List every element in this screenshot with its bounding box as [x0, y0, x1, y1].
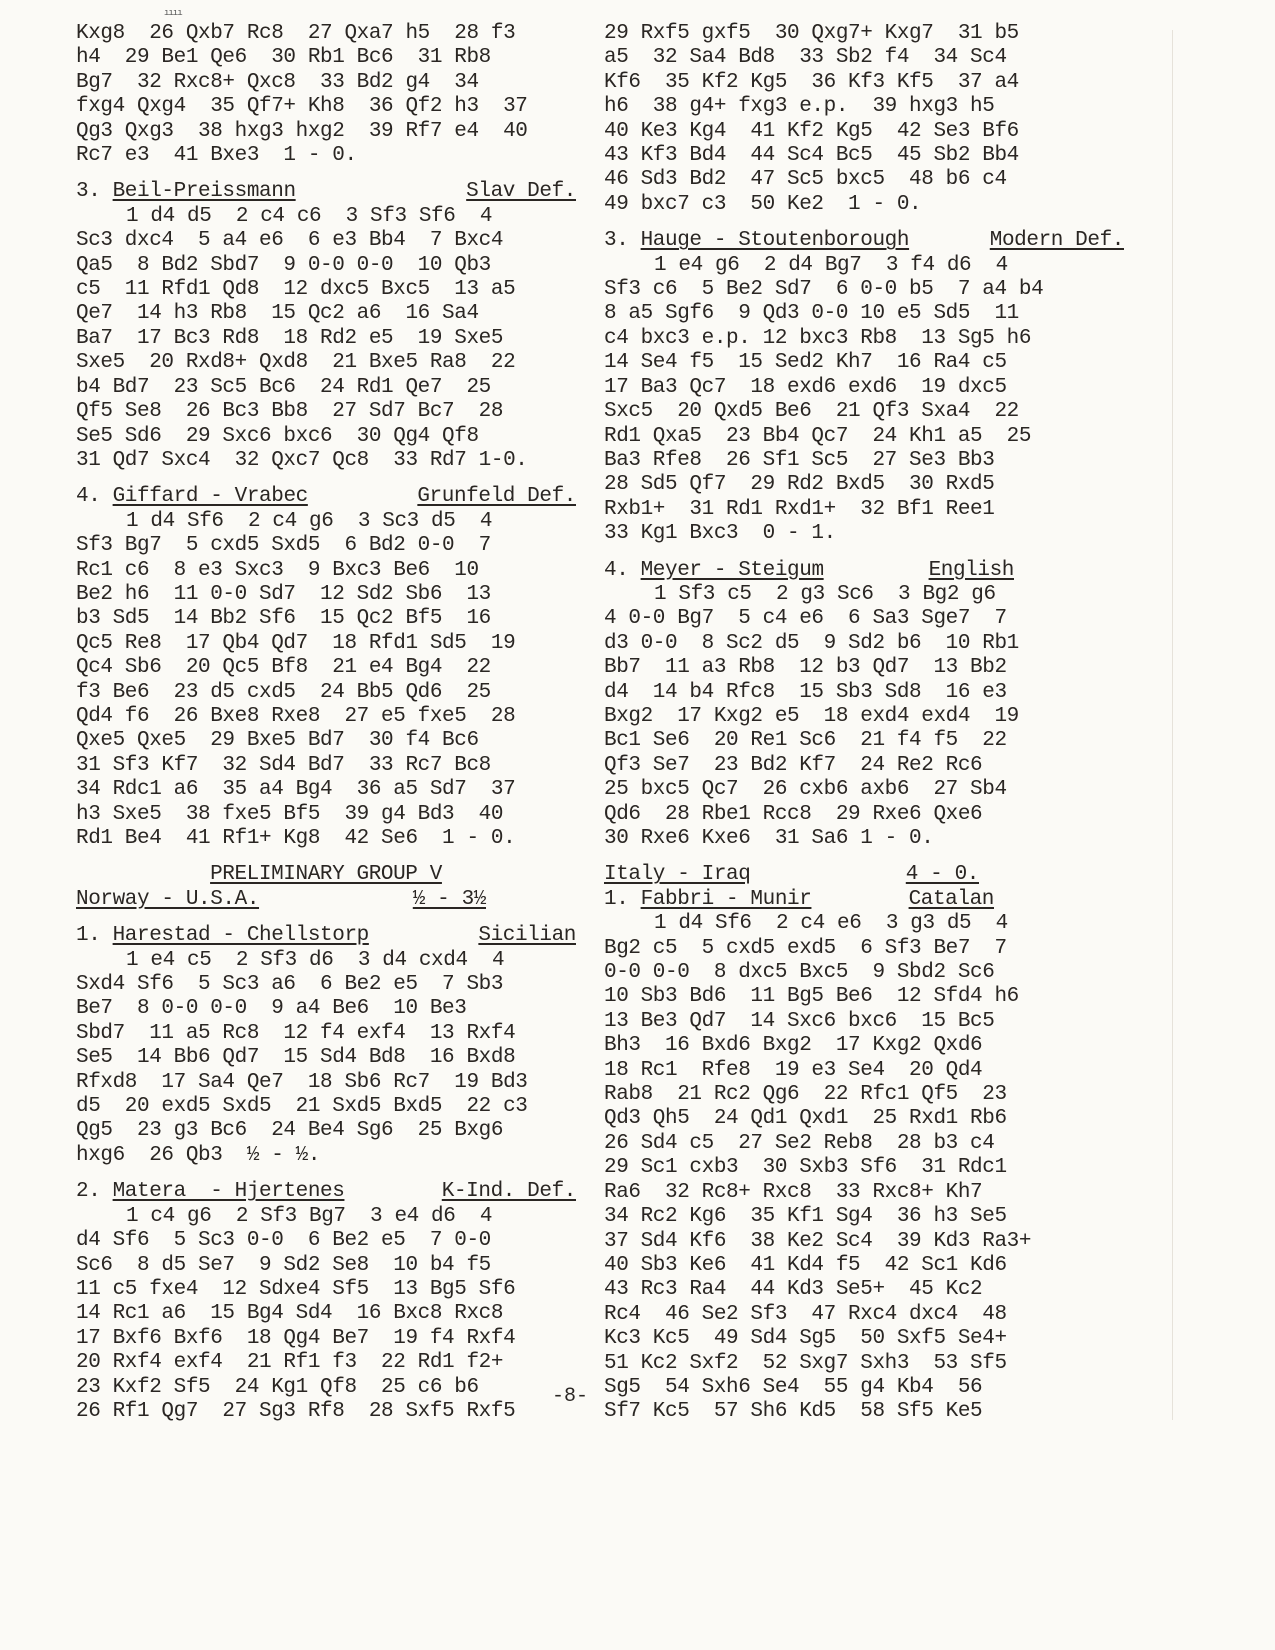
- move-line: Qa5 8 Bd2 Sbd7 9 0-0 0-0 10 Qb3: [76, 254, 576, 278]
- move-line: 13 Be3 Qd7 14 Sxc6 bxc6 15 Bc5: [604, 1010, 1124, 1034]
- move-line: h3 Sxe5 38 fxe5 Bf5 39 g4 Bd3 40: [76, 803, 576, 827]
- move-line: Kxg8 26 Qxb7 Rc8 27 Qxa7 h5 28 f3: [76, 22, 576, 46]
- game-first-line: 1 e4 c5 2 Sf3 d6 3 d4 cxd4 4: [76, 949, 576, 973]
- game-block-hauge-stoutenborough: 3. Hauge - Stoutenborough Modern Def. 1 …: [604, 229, 1124, 546]
- game-heading: 4. Meyer - Steigum English: [604, 559, 1124, 583]
- game-opening: K-Ind. Def.: [442, 1180, 576, 1204]
- move-line: b4 Bd7 23 Sc5 Bc6 24 Rd1 Qe7 25: [76, 376, 576, 400]
- move-line: 4 0-0 Bg7 5 c4 e6 6 Sa3 Sge7 7: [604, 607, 1124, 631]
- move-line: 17 Bxf6 Bxf6 18 Qg4 Be7 19 f4 Rxf4: [76, 1327, 576, 1351]
- move-line: 40 Ke3 Kg4 41 Kf2 Kg5 42 Se3 Bf6: [604, 120, 1124, 144]
- game-players: Giffard - Vrabec: [113, 485, 308, 509]
- game-number: 2.: [76, 1180, 100, 1204]
- game-players: Hauge - Stoutenborough: [641, 229, 909, 253]
- left-column: Kxg8 26 Qxb7 Rc8 27 Qxa7 h5 28 f3h4 29 B…: [76, 22, 576, 1424]
- move-line: c5 11 Rfd1 Qd8 12 dxc5 Bxc5 13 a5: [76, 278, 576, 302]
- move-line: Sf3 Bg7 5 cxd5 Sxd5 6 Bd2 0-0 7: [76, 534, 576, 558]
- move-line: 26 Sd4 c5 27 Se2 Reb8 28 b3 c4: [604, 1132, 1124, 1156]
- move-line: 31 Qd7 Sxc4 32 Qxc7 Qc8 33 Rd7 1-0.: [76, 449, 576, 473]
- game-first-line: 1 d4 d5 2 c4 c6 3 Sf3 Sf6 4: [76, 205, 576, 229]
- move-line: Bg7 32 Rxc8+ Qxc8 33 Bd2 g4 34: [76, 71, 576, 95]
- move-line: 14 Rc1 a6 15 Bg4 Sd4 16 Bxc8 Rxc8: [76, 1302, 576, 1326]
- margin-rule: [1172, 30, 1173, 1420]
- move-line: a5 32 Sa4 Bd8 33 Sb2 f4 34 Sc4: [604, 46, 1124, 70]
- move-line: Rd1 Qxa5 23 Bb4 Qc7 24 Kh1 a5 25: [604, 425, 1124, 449]
- move-line: Se5 14 Bb6 Qd7 15 Sd4 Bd8 16 Bxd8: [76, 1046, 576, 1070]
- game-continuation: Kxg8 26 Qxb7 Rc8 27 Qxa7 h5 28 f3h4 29 B…: [76, 22, 576, 168]
- move-line: 37 Sd4 Kf6 38 Ke2 Sc4 39 Kd3 Ra3+: [604, 1230, 1124, 1254]
- game-players: Beil-Preissmann: [113, 180, 296, 204]
- move-line: Sf3 c6 5 Be2 Sd7 6 0-0 b5 7 a4 b4: [604, 278, 1124, 302]
- game-moves: Sxd4 Sf6 5 Sc3 a6 6 Be2 e5 7 Sb3Be7 8 0-…: [76, 973, 576, 1168]
- game-first-line: 1 Sf3 c5 2 g3 Sc6 3 Bg2 g6: [604, 583, 1124, 607]
- move-line: 18 Rc1 Rfe8 19 e3 Se4 20 Qd4: [604, 1059, 1124, 1083]
- game-block-fabbri-munir: 1. Fabbri - Munir Catalan 1 d4 Sf6 2 c4 …: [604, 888, 1124, 1425]
- move-line: Qd4 f6 26 Bxe8 Rxe8 27 e5 fxe5 28: [76, 705, 576, 729]
- game-heading: 2. Matera - Hjertenes K-Ind. Def.: [76, 1180, 576, 1204]
- page-number: -8-: [552, 1385, 588, 1408]
- move-line: 10 Sb3 Bd6 11 Bg5 Be6 12 Sfd4 h6: [604, 985, 1124, 1009]
- move-line: 40 Sb3 Ke6 41 Kd4 f5 42 Sc1 Kd6: [604, 1254, 1124, 1278]
- move-line: Rxb1+ 31 Rd1 Rxd1+ 32 Bf1 Ree1: [604, 498, 1124, 522]
- game-moves: Bg2 c5 5 cxd5 exd5 6 Sf3 Be7 70-0 0-0 8 …: [604, 937, 1124, 1425]
- game-first-line: 1 d4 Sf6 2 c4 e6 3 g3 d5 4: [604, 912, 1124, 936]
- game-block-beil-preissmann: 3. Beil-Preissmann Slav Def. 1 d4 d5 2 c…: [76, 180, 576, 473]
- move-line: Be2 h6 11 0-0 Sd7 12 Sd2 Sb6 13: [76, 583, 576, 607]
- move-line: Bg2 c5 5 cxd5 exd5 6 Sf3 Be7 7: [604, 937, 1124, 961]
- move-line: 30 Rxe6 Kxe6 31 Sa6 1 - 0.: [604, 827, 1124, 851]
- move-line: fxg4 Qxg4 35 Qf7+ Kh8 36 Qf2 h3 37: [76, 95, 576, 119]
- section-title: PRELIMINARY GROUP V: [76, 863, 576, 887]
- game-continuation: 29 Rxf5 gxf5 30 Qxg7+ Kxg7 31 b5a5 32 Sa…: [604, 22, 1124, 217]
- move-line: 46 Sd3 Bd2 47 Sc5 bxc5 48 b6 c4: [604, 168, 1124, 192]
- move-line: 29 Rxf5 gxf5 30 Qxg7+ Kxg7 31 b5: [604, 22, 1124, 46]
- page-top-mark: ıııı: [164, 8, 182, 18]
- move-line: h4 29 Be1 Qe6 30 Rb1 Bc6 31 Rb8: [76, 46, 576, 70]
- move-line: Sf7 Kc5 57 Sh6 Kd5 58 Sf5 Ke5: [604, 1400, 1124, 1424]
- move-line: 17 Ba3 Qc7 18 exd6 exd6 19 dxc5: [604, 376, 1124, 400]
- move-line: 43 Kf3 Bd4 44 Sc4 Bc5 45 Sb2 Bb4: [604, 144, 1124, 168]
- move-line: f3 Be6 23 d5 cxd5 24 Bb5 Qd6 25: [76, 681, 576, 705]
- move-line: Qg3 Qxg3 38 hxg3 hxg2 39 Rf7 e4 40: [76, 120, 576, 144]
- game-heading: 1. Fabbri - Munir Catalan: [604, 888, 1124, 912]
- move-line: 23 Kxf2 Sf5 24 Kg1 Qf8 25 c6 b6: [76, 1376, 576, 1400]
- move-line: Rd1 Be4 41 Rf1+ Kg8 42 Se6 1 - 0.: [76, 827, 576, 851]
- move-line: Rab8 21 Rc2 Qg6 22 Rfc1 Qf5 23: [604, 1083, 1124, 1107]
- move-line: Sxd4 Sf6 5 Sc3 a6 6 Be2 e5 7 Sb3: [76, 973, 576, 997]
- match-teams: Norway - U.S.A.: [76, 888, 259, 912]
- move-line: d4 14 b4 Rfc8 15 Sb3 Sd8 16 e3: [604, 681, 1124, 705]
- move-line: Ba7 17 Bc3 Rd8 18 Rd2 e5 19 Sxe5: [76, 327, 576, 351]
- move-line: 34 Rc2 Kg6 35 Kf1 Sg4 36 h3 Se5: [604, 1205, 1124, 1229]
- move-line: 43 Rc3 Ra4 44 Kd3 Se5+ 45 Kc2: [604, 1278, 1124, 1302]
- move-line: hxg6 26 Qb3 ½ - ½.: [76, 1144, 576, 1168]
- move-line: Rc7 e3 41 Bxe3 1 - 0.: [76, 144, 576, 168]
- move-line: Ba3 Rfe8 26 Sf1 Sc5 27 Se3 Bb3: [604, 449, 1124, 473]
- game-block-harestad-chellstorp: 1. Harestad - Chellstorp Sicilian 1 e4 c…: [76, 924, 576, 1168]
- game-block-meyer-steigum: 4. Meyer - Steigum English 1 Sf3 c5 2 g3…: [604, 559, 1124, 852]
- move-line: Qc5 Re8 17 Qb4 Qd7 18 Rfd1 Sd5 19: [76, 632, 576, 656]
- match-score: ½ - 3½: [413, 888, 486, 912]
- game-heading: 3. Hauge - Stoutenborough Modern Def.: [604, 229, 1124, 253]
- game-opening: Slav Def.: [466, 180, 576, 204]
- game-players: Fabbri - Munir: [641, 888, 812, 912]
- game-number: 1.: [604, 888, 628, 912]
- move-line: Se5 Sd6 29 Sxc6 bxc6 30 Qg4 Qf8: [76, 425, 576, 449]
- move-line: Sg5 54 Sxh6 Se4 55 g4 Kb4 56: [604, 1376, 1124, 1400]
- move-line: 31 Sf3 Kf7 32 Sd4 Bd7 33 Rc7 Bc8: [76, 754, 576, 778]
- right-column: 29 Rxf5 gxf5 30 Qxg7+ Kxg7 31 b5a5 32 Sa…: [604, 22, 1124, 1425]
- move-line: Sc3 dxc4 5 a4 e6 6 e3 Bb4 7 Bxc4: [76, 229, 576, 253]
- game-block-matera-hjertenes: 2. Matera - Hjertenes K-Ind. Def. 1 c4 g…: [76, 1180, 576, 1424]
- move-line: Sxc5 20 Qxd5 Be6 21 Qf3 Sxa4 22: [604, 400, 1124, 424]
- game-heading: 1. Harestad - Chellstorp Sicilian: [76, 924, 576, 948]
- move-line: 11 c5 fxe4 12 Sdxe4 Sf5 13 Bg5 Sf6: [76, 1278, 576, 1302]
- move-line: 14 Se4 f5 15 Sed2 Kh7 16 Ra4 c5: [604, 351, 1124, 375]
- move-line: 25 bxc5 Qc7 26 cxb6 axb6 27 Sb4: [604, 778, 1124, 802]
- match-heading: Italy - Iraq 4 - 0.: [604, 863, 1124, 887]
- move-line: 28 Sd5 Qf7 29 Rd2 Bxd5 30 Rxd5: [604, 473, 1124, 497]
- move-line: Qd3 Qh5 24 Qd1 Qxd1 25 Rxd1 Rb6: [604, 1107, 1124, 1131]
- game-heading: 4. Giffard - Vrabec Grunfeld Def.: [76, 485, 576, 509]
- match-heading: Norway - U.S.A. ½ - 3½: [76, 888, 576, 912]
- move-line: Bh3 16 Bxd6 Bxg2 17 Kxg2 Qxd6: [604, 1034, 1124, 1058]
- move-line: Qf5 Se8 26 Bc3 Bb8 27 Sd7 Bc7 28: [76, 400, 576, 424]
- move-line: Qe7 14 h3 Rb8 15 Qc2 a6 16 Sa4: [76, 302, 576, 326]
- move-line: Bxg2 17 Kxg2 e5 18 exd4 exd4 19: [604, 705, 1124, 729]
- game-first-line: 1 d4 Sf6 2 c4 g6 3 Sc3 d5 4: [76, 510, 576, 534]
- game-number: 4.: [604, 559, 628, 583]
- game-first-line: 1 e4 g6 2 d4 Bg7 3 f4 d6 4: [604, 254, 1124, 278]
- move-line: Qf3 Se7 23 Bd2 Kf7 24 Re2 Rc6: [604, 754, 1124, 778]
- move-line: d5 20 exd5 Sxd5 21 Sxd5 Bxd5 22 c3: [76, 1095, 576, 1119]
- move-line: Bc1 Se6 20 Re1 Sc6 21 f4 f5 22: [604, 729, 1124, 753]
- move-line: 29 Sc1 cxb3 30 Sxb3 Sf6 31 Rdc1: [604, 1156, 1124, 1180]
- game-moves: d4 Sf6 5 Sc3 0-0 6 Be2 e5 7 0-0Sc6 8 d5 …: [76, 1229, 576, 1424]
- move-line: Bb7 11 a3 Rb8 12 b3 Qd7 13 Bb2: [604, 656, 1124, 680]
- game-opening: Modern Def.: [990, 229, 1124, 253]
- move-line: 26 Rf1 Qg7 27 Sg3 Rf8 28 Sxf5 Rxf5: [76, 1400, 576, 1424]
- game-heading: 3. Beil-Preissmann Slav Def.: [76, 180, 576, 204]
- game-number: 3.: [76, 180, 100, 204]
- move-line: h6 38 g4+ fxg3 e.p. 39 hxg3 h5: [604, 95, 1124, 119]
- game-opening: English: [929, 559, 1014, 583]
- move-line: Rc1 c6 8 e3 Sxc3 9 Bxc3 Be6 10: [76, 559, 576, 583]
- move-line: Kf6 35 Kf2 Kg5 36 Kf3 Kf5 37 a4: [604, 71, 1124, 95]
- move-line: 51 Kc2 Sxf2 52 Sxg7 Sxh3 53 Sf5: [604, 1352, 1124, 1376]
- game-number: 3.: [604, 229, 628, 253]
- game-opening: Sicilian: [478, 924, 576, 948]
- game-moves: Sf3 c6 5 Be2 Sd7 6 0-0 b5 7 a4 b48 a5 Sg…: [604, 278, 1124, 546]
- move-line: Qxe5 Qxe5 29 Bxe5 Bd7 30 f4 Bc6: [76, 729, 576, 753]
- game-moves: Sc3 dxc4 5 a4 e6 6 e3 Bb4 7 Bxc4Qa5 8 Bd…: [76, 229, 576, 473]
- move-line: 33 Kg1 Bxc3 0 - 1.: [604, 522, 1124, 546]
- move-line: Rc4 46 Se2 Sf3 47 Rxc4 dxc4 48: [604, 1303, 1124, 1327]
- game-moves: 4 0-0 Bg7 5 c4 e6 6 Sa3 Sge7 7d3 0-0 8 S…: [604, 607, 1124, 851]
- move-line: 20 Rxf4 exf4 21 Rf1 f3 22 Rd1 f2+: [76, 1351, 576, 1375]
- move-line: 0-0 0-0 8 dxc5 Bxc5 9 Sbd2 Sc6: [604, 961, 1124, 985]
- move-line: b3 Sd5 14 Bb2 Sf6 15 Qc2 Bf5 16: [76, 607, 576, 631]
- move-line: 34 Rdc1 a6 35 a4 Bg4 36 a5 Sd7 37: [76, 778, 576, 802]
- move-line: d4 Sf6 5 Sc3 0-0 6 Be2 e5 7 0-0: [76, 1229, 576, 1253]
- move-line: d3 0-0 8 Sc2 d5 9 Sd2 b6 10 Rb1: [604, 632, 1124, 656]
- move-line: Sc6 8 d5 Se7 9 Sd2 Se8 10 b4 f5: [76, 1254, 576, 1278]
- move-line: Be7 8 0-0 0-0 9 a4 Be6 10 Be3: [76, 997, 576, 1021]
- move-line: Ra6 32 Rc8+ Rxc8 33 Rxc8+ Kh7: [604, 1181, 1124, 1205]
- move-line: Qc4 Sb6 20 Qc5 Bf8 21 e4 Bg4 22: [76, 656, 576, 680]
- move-line: Kc3 Kc5 49 Sd4 Sg5 50 Sxf5 Se4+: [604, 1327, 1124, 1351]
- match-score: 4 - 0.: [906, 863, 979, 887]
- move-line: Qd6 28 Rbe1 Rcc8 29 Rxe6 Qxe6: [604, 803, 1124, 827]
- game-block-giffard-vrabec: 4. Giffard - Vrabec Grunfeld Def. 1 d4 S…: [76, 485, 576, 851]
- game-opening: Catalan: [909, 888, 994, 912]
- move-line: 8 a5 Sgf6 9 Qd3 0-0 10 e5 Sd5 11: [604, 302, 1124, 326]
- move-line: Qg5 23 g3 Bc6 24 Be4 Sg6 25 Bxg6: [76, 1119, 576, 1143]
- move-line: Sbd7 11 a5 Rc8 12 f4 exf4 13 Rxf4: [76, 1022, 576, 1046]
- game-number: 4.: [76, 485, 100, 509]
- game-opening: Grunfeld Def.: [417, 485, 576, 509]
- game-players: Harestad - Chellstorp: [113, 924, 369, 948]
- game-players: Matera - Hjertenes: [113, 1180, 345, 1204]
- game-moves: Sf3 Bg7 5 cxd5 Sxd5 6 Bd2 0-0 7Rc1 c6 8 …: [76, 534, 576, 851]
- move-line: c4 bxc3 e.p. 12 bxc3 Rb8 13 Sg5 h6: [604, 327, 1124, 351]
- game-number: 1.: [76, 924, 100, 948]
- match-teams: Italy - Iraq: [604, 863, 750, 887]
- game-first-line: 1 c4 g6 2 Sf3 Bg7 3 e4 d6 4: [76, 1205, 576, 1229]
- move-line: Sxe5 20 Rxd8+ Qxd8 21 Bxe5 Ra8 22: [76, 351, 576, 375]
- move-line: Rfxd8 17 Sa4 Qe7 18 Sb6 Rc7 19 Bd3: [76, 1071, 576, 1095]
- game-players: Meyer - Steigum: [641, 559, 824, 583]
- move-line: 49 bxc7 c3 50 Ke2 1 - 0.: [604, 193, 1124, 217]
